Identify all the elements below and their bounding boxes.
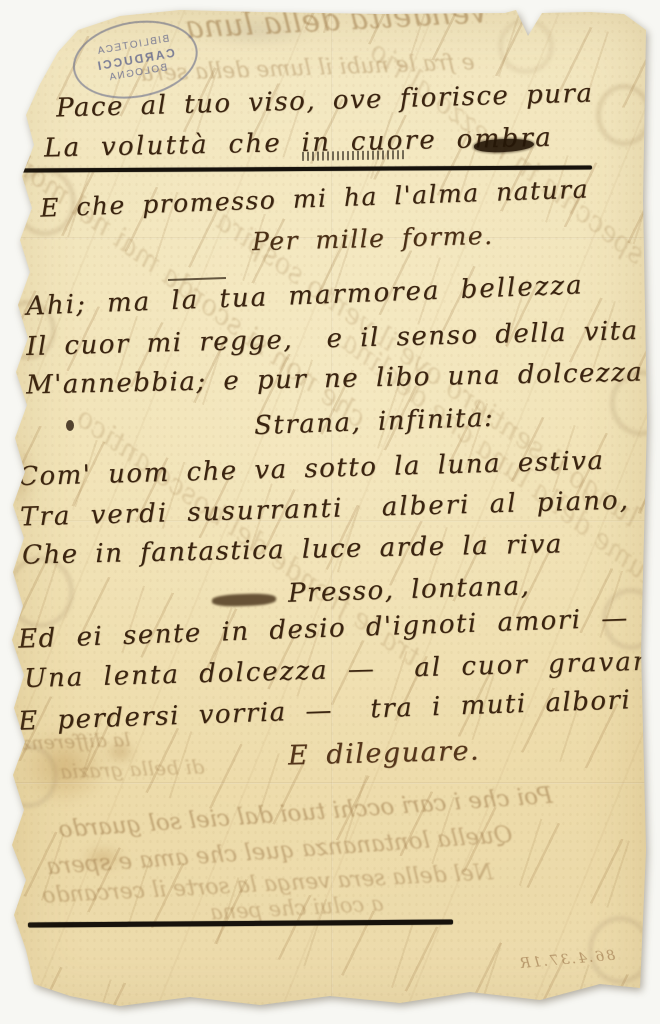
- ink-speck: [66, 420, 74, 431]
- scan-background: Vendetta della luna e fra le nubi il lum…: [0, 0, 660, 1024]
- bleedthrough-line: di bella grazia: [60, 754, 205, 783]
- fold-crease: [0, 782, 660, 784]
- print-fragment-mark: [302, 150, 406, 161]
- manuscript-paper: Vendetta della luna e fra le nubi il lum…: [0, 0, 660, 1024]
- paper-shadow-wrap: Vendetta della luna e fra le nubi il lum…: [0, 0, 660, 1024]
- poem-line-centered: E dileguare.: [288, 735, 481, 771]
